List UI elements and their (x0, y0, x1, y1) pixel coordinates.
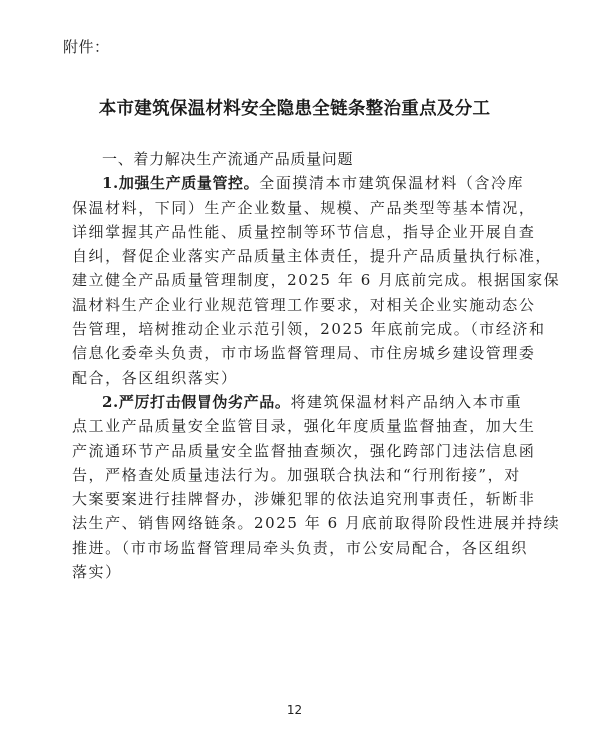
document-body: 一、着力解决生产流通产品质量问题 1.加强生产质量管控。全面摸清本市建筑保温材料… (72, 147, 518, 584)
paragraph-line: 落实） (72, 560, 518, 584)
paragraph-line: 2.严厉打击假冒伪劣产品。将建筑保温材料产品纳入本市重 (72, 390, 518, 414)
paragraph-line: 推进。（市市场监督管理局牵头负责，市公安局配合，各区组织 (72, 536, 518, 560)
item-heading: 1.加强生产质量管控。 (102, 174, 259, 192)
paragraph-line: 自纠，督促企业落实产品质量主体责任，提升产品质量执行标准， (72, 244, 518, 268)
paragraph-line: 告管理，培树推动企业示范引领，2025 年底前完成。（市经济和 (72, 317, 518, 341)
paragraph-line: 大案要案进行挂牌督办，涉嫌犯罪的依法追究刑事责任，斩断非 (72, 487, 518, 511)
paragraph-line: 告，严格查处质量违法行为。加强联合执法和“行刑衔接”，对 (72, 463, 518, 487)
paragraph-line: 温材料生产企业行业规范管理工作要求，对相关企业实施动态公 (72, 293, 518, 317)
paragraph-line: 点工业产品质量安全监管目录，强化年度质量监督抽查，加大生 (72, 414, 518, 438)
item-heading: 2.严厉打击假冒伪劣产品。 (102, 393, 290, 411)
paragraph-line: 1.加强生产质量管控。全面摸清本市建筑保温材料（含冷库 (72, 171, 518, 195)
paragraph-line: 产流通环节产品质量安全监督抽查频次，强化跨部门违法信息函 (72, 439, 518, 463)
paragraph-line: 详细掌握其产品性能、质量控制等环节信息，指导企业开展自查 (72, 220, 518, 244)
paragraph-line: 法生产、销售网络链条。2025 年 6 月底前取得阶段性进展并持续 (72, 511, 518, 535)
paragraph-line: 信息化委牵头负责，市市场监督管理局、市住房城乡建设管理委 (72, 341, 518, 365)
section-heading: 一、着力解决生产流通产品质量问题 (72, 147, 518, 171)
attachment-label: 附件： (63, 36, 110, 57)
page-number: 12 (0, 703, 589, 717)
document-title: 本市建筑保温材料安全隐患全链条整治重点及分工 (0, 95, 589, 120)
paragraph-line: 建立健全产品质量管理制度，2025 年 6 月底前完成。根据国家保 (72, 268, 518, 292)
paragraph-line: 配合，各区组织落实） (72, 366, 518, 390)
paragraph-line: 保温材料，下同）生产企业数量、规模、产品类型等基本情况， (72, 196, 518, 220)
